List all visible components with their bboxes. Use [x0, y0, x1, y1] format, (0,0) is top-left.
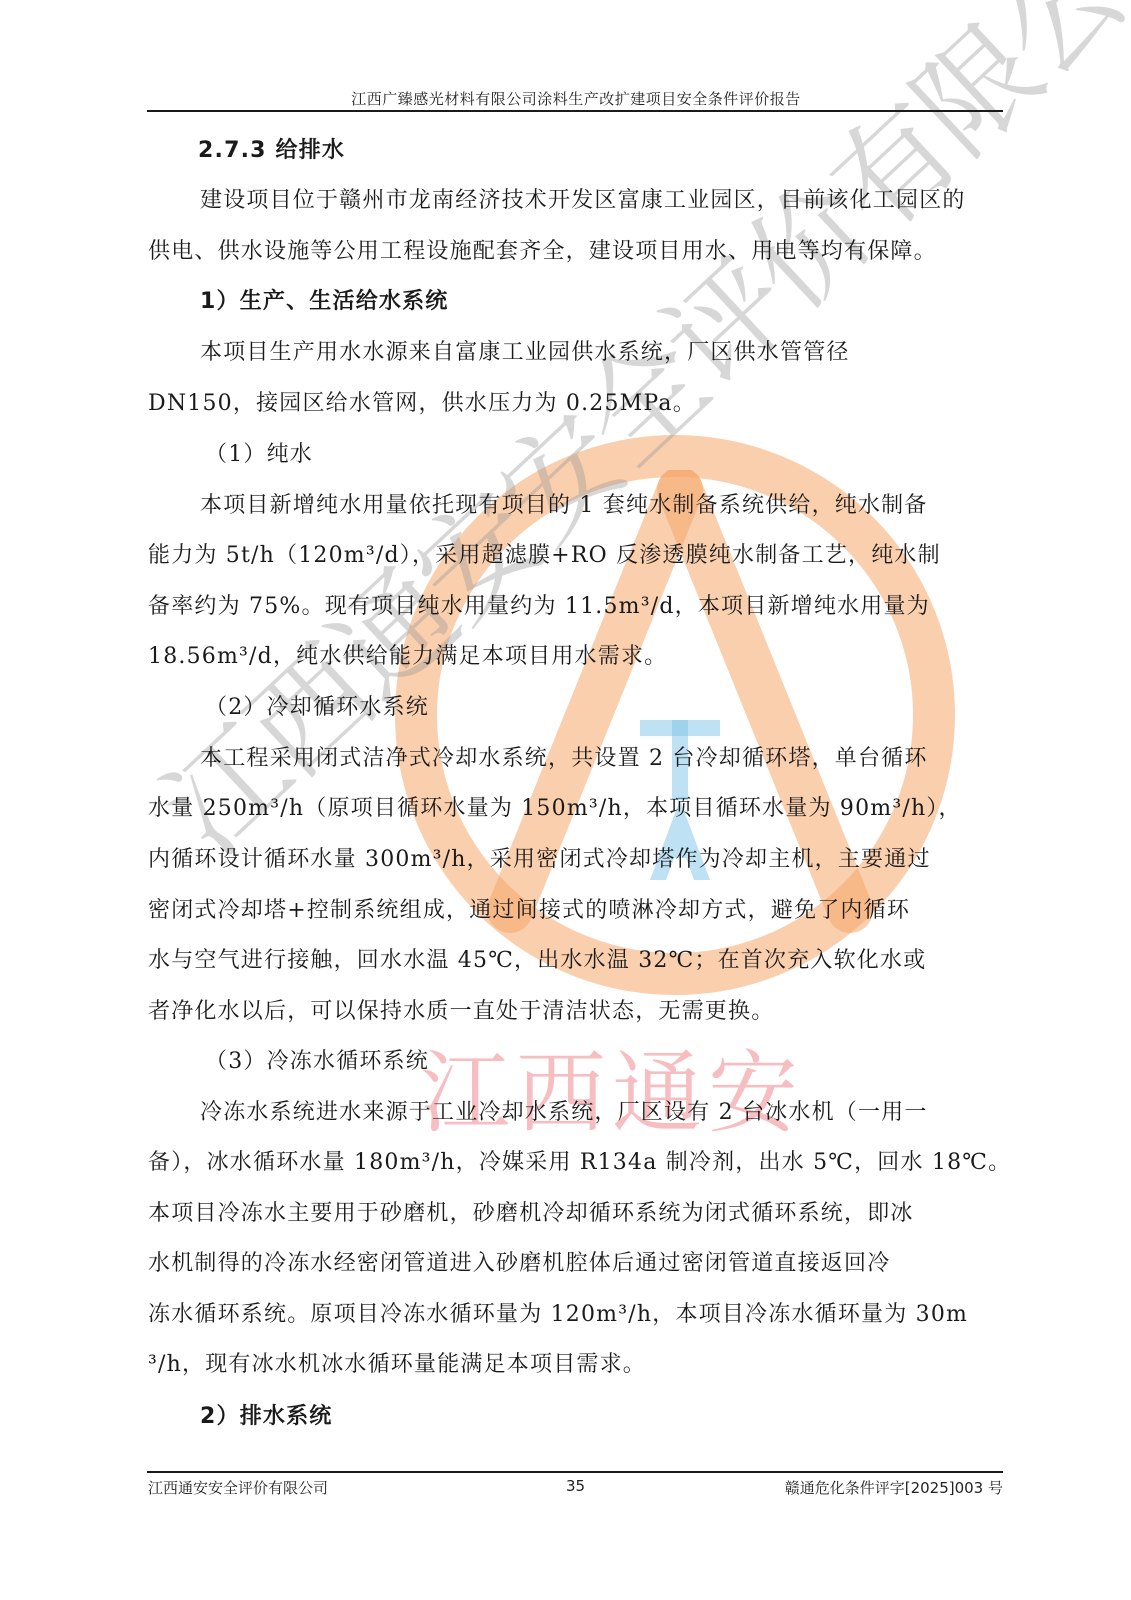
footer-page-number: 35	[566, 1477, 585, 1495]
paragraph-line: 备率约为 75%。现有项目纯水用量约为 11.5m³/d，本项目新增纯水用量为	[148, 592, 1003, 622]
paragraph-line: 能力为 5t/h（120m³/d），采用超滤膜+RO 反渗透膜纯水制备工艺，纯水…	[148, 541, 1003, 571]
paragraph-line: 本工程采用闭式洁净式冷却水系统，共设置 2 台冷却循环塔，单台循环	[200, 744, 1003, 774]
footer-rule	[147, 1471, 1003, 1473]
paragraph-line: 冻水循环系统。原项目冷冻水循环量为 120m³/h，本项目冷冻水循环量为 30m	[148, 1300, 1003, 1330]
item-title-pure-water: （1）纯水	[205, 440, 1060, 470]
item-title-cooling: （2）冷却循环水系统	[205, 693, 1060, 723]
paragraph-line: DN150，接园区给水管网，供水压力为 0.25MPa。	[148, 389, 1003, 419]
running-header-title: 江西广臻感光材料有限公司涂料生产改扩建项目安全条件评价报告	[150, 88, 1002, 109]
paragraph-line: 密闭式冷却塔+控制系统组成，通过间接式的喷淋冷却方式，避免了内循环	[148, 896, 1003, 926]
paragraph-line: 18.56m³/d，纯水供给能力满足本项目用水需求。	[148, 642, 1003, 672]
paragraph-line: 建设项目位于赣州市龙南经济技术开发区富康工业园区，目前该化工园区的	[200, 186, 1003, 216]
section-title: 2.7.3 给排水	[198, 136, 1053, 166]
paragraph-line: 水量 250m³/h（原项目循环水量为 150m³/h，本项目循环水量为 90m…	[148, 794, 1003, 824]
item-title-chilled-water: （3）冷冻水循环系统	[205, 1047, 1060, 1077]
subsection-title-drainage: 2）排水系统	[200, 1402, 1003, 1432]
paragraph-line: 本项目生产用水水源来自富康工业园供水系统，厂区供水管管径	[200, 338, 1003, 368]
paragraph-line: 水机制得的冷冻水经密闭管道进入砂磨机腔体后通过密闭管道直接返回冷	[148, 1249, 1003, 1279]
paragraph-line: 供电、供水设施等公用工程设施配套齐全，建设项目用水、用电等均有保障。	[148, 237, 1003, 267]
footer-doc-number: 赣通危化条件评字[2025]003 号	[785, 1477, 1003, 1498]
subsection-title-water-supply: 1）生产、生活给水系统	[200, 287, 1003, 317]
paragraph-line: 备），冰水循环水量 180m³/h，冷媒采用 R134a 制冷剂，出水 5℃，回…	[148, 1148, 1003, 1178]
paragraph-line: 内循环设计循环水量 300m³/h，采用密闭式冷却塔作为冷却主机，主要通过	[148, 845, 1003, 875]
paragraph-line: 本项目冷冻水主要用于砂磨机，砂磨机冷却循环系统为闭式循环系统，即冰	[148, 1199, 1003, 1229]
paragraph-line: ³/h，现有冰水机冰水循环量能满足本项目需求。	[148, 1350, 1003, 1380]
paragraph-line: 水与空气进行接触，回水水温 45℃，出水水温 32℃；在首次充入软化水或	[148, 946, 1003, 976]
paragraph-line: 本项目新增纯水用量依托现有项目的 1 套纯水制备系统供给，纯水制备	[200, 491, 1003, 521]
footer-company: 江西通安安全评价有限公司	[148, 1477, 328, 1498]
paragraph-line: 者净化水以后，可以保持水质一直处于清洁状态，无需更换。	[148, 997, 1003, 1027]
header-rule	[147, 110, 1003, 112]
document-page: 江西通安 江西通安安全评价有限公司 江西广臻感光材料有限公司涂料生产改扩建项目安…	[0, 0, 1131, 1600]
paragraph-line: 冷冻水系统进水来源于工业冷却水系统，厂区设有 2 台冰水机（一用一	[200, 1098, 1003, 1128]
